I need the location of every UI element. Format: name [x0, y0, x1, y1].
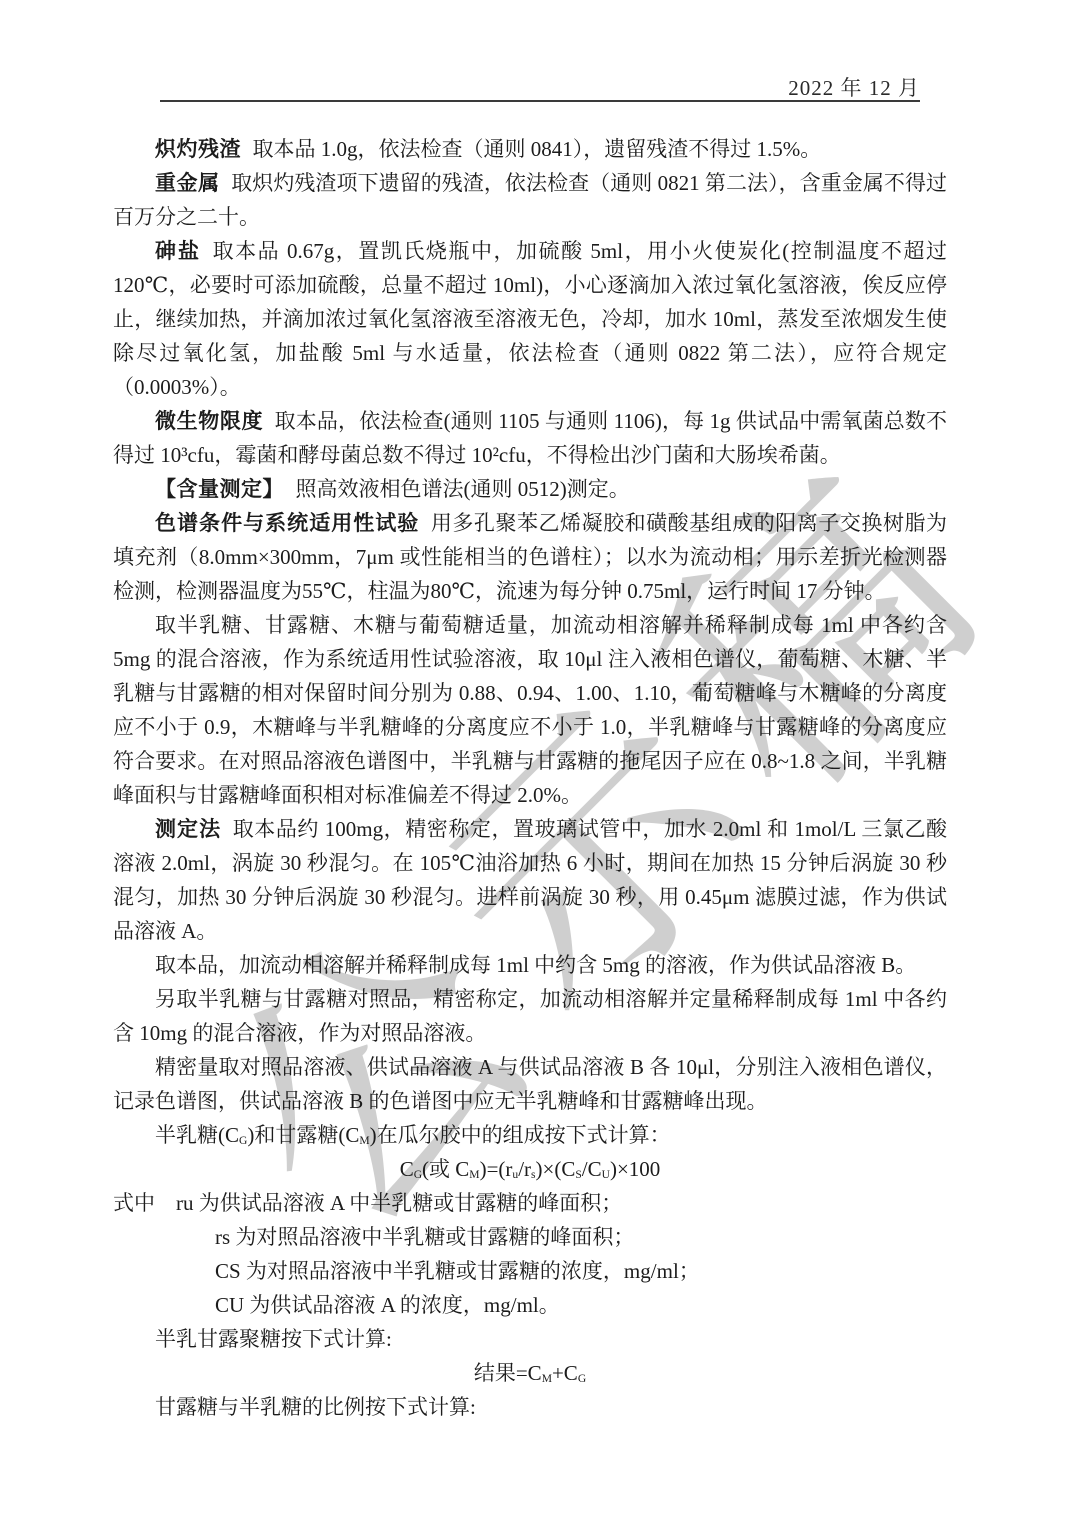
- paragraph-text: 式中 ru 为供试品溶液 A 中半乳糖或甘露糖的峰面积；: [113, 1191, 622, 1215]
- text-run: /C: [582, 1157, 602, 1181]
- text-run: 半乳糖(C: [155, 1123, 239, 1147]
- subscript: M: [359, 1135, 369, 1147]
- paragraph-text: 甘露糖与半乳糖的比例按下式计算:: [155, 1395, 476, 1419]
- paragraph: 甘露糖与半乳糖的比例按下式计算:: [113, 1390, 947, 1424]
- subscript: U: [602, 1169, 610, 1181]
- text-run: /r: [518, 1157, 531, 1181]
- paragraph: rs 为对照品溶液中半乳糖或甘露糖的峰面积；: [113, 1220, 947, 1254]
- text-run: )=(r: [480, 1157, 513, 1181]
- section-heading: 测定法: [155, 817, 221, 841]
- paragraph-text: 半乳甘露聚糖按下式计算:: [155, 1327, 392, 1351]
- section-heading: 色谱条件与系统适用性试验: [155, 511, 419, 535]
- subscript: M: [469, 1169, 479, 1181]
- paragraph: 【含量测定】照高效液相色谱法(通则 0512)测定。: [113, 472, 947, 506]
- paragraph: 炽灼残渣取本品 1.0g，依法检查（通则 0841），遗留残渣不得过 1.5%。: [113, 132, 947, 166]
- paragraph-text: 取炽灼残渣项下遗留的残渣，依法检查（通则 0821 第二法），含重金属不得过百万…: [113, 171, 947, 229]
- paragraph: 微生物限度取本品，依法检查(通则 1105 与通则 1106)，每 1g 供试品…: [113, 404, 947, 472]
- paragraph-text: 取半乳糖、甘露糖、木糖与葡萄糖适量，加流动相溶解并稀释制成每 1ml 中各约含 …: [113, 613, 947, 807]
- text-run: (或 C: [422, 1157, 469, 1181]
- section-heading: 【含量测定】: [155, 477, 284, 501]
- paragraph-text: 另取半乳糖与甘露糖对照品，精密称定，加流动相溶解并定量稀释制成每 1ml 中各约…: [113, 987, 947, 1045]
- paragraph-text: 取本品 1.0g，依法检查（通则 0841），遗留残渣不得过 1.5%。: [253, 137, 822, 161]
- paragraph: 取本品，加流动相溶解并稀释制成每 1ml 中约含 5mg 的溶液，作为供试品溶液…: [113, 948, 947, 982]
- section-heading: 炽灼残渣: [155, 137, 241, 161]
- paragraph: CU 为供试品溶液 A 的浓度，mg/ml。: [113, 1288, 947, 1322]
- paragraph: CS 为对照品溶液中半乳糖或甘露糖的浓度，mg/ml；: [113, 1254, 947, 1288]
- paragraph-text: 精密量取对照品溶液、供试品溶液 A 与供试品溶液 B 各 10μl，分别注入液相…: [113, 1055, 947, 1113]
- paragraph-text: CS 为对照品溶液中半乳糖或甘露糖的浓度，mg/ml；: [215, 1259, 700, 1283]
- header-date: 2022 年 12 月: [788, 72, 920, 102]
- paragraph: 结果=CM+CG: [113, 1356, 947, 1390]
- paragraph: 半乳甘露聚糖按下式计算:: [113, 1322, 947, 1356]
- paragraph: 重金属取炽灼残渣项下遗留的残渣，依法检查（通则 0821 第二法），含重金属不得…: [113, 166, 947, 234]
- paragraph-text: CU 为供试品溶液 A 的浓度，mg/ml。: [215, 1293, 560, 1317]
- document-body: 炽灼残渣取本品 1.0g，依法检查（通则 0841），遗留残渣不得过 1.5%。…: [113, 132, 947, 1424]
- paragraph: 式中 ru 为供试品溶液 A 中半乳糖或甘露糖的峰面积；: [113, 1186, 947, 1220]
- text-run: +C: [552, 1361, 578, 1385]
- paragraph: 测定法取本品约 100mg，精密称定，置玻璃试管中，加水 2.0ml 和 1mo…: [113, 812, 947, 948]
- header-rule: [160, 100, 920, 102]
- text-run: )和甘露糖(C: [247, 1123, 359, 1147]
- paragraph-text: 取本品 0.67g，置凯氏烧瓶中，加硫酸 5ml，用小火使炭化(控制温度不超过 …: [113, 239, 947, 399]
- paragraph: 精密量取对照品溶液、供试品溶液 A 与供试品溶液 B 各 10μl，分别注入液相…: [113, 1050, 947, 1118]
- text-run: )×100: [610, 1157, 660, 1181]
- paragraph: 取半乳糖、甘露糖、木糖与葡萄糖适量，加流动相溶解并稀释制成每 1ml 中各约含 …: [113, 608, 947, 812]
- text-run: )×(C: [536, 1157, 576, 1181]
- text-run: C: [400, 1157, 414, 1181]
- paragraph: 色谱条件与系统适用性试验用多孔聚苯乙烯凝胶和磺酸基组成的阳离子交换树脂为填充剂（…: [113, 506, 947, 608]
- paragraph: 砷盐取本品 0.67g，置凯氏烧瓶中，加硫酸 5ml，用小火使炭化(控制温度不超…: [113, 234, 947, 404]
- section-heading: 砷盐: [155, 239, 201, 263]
- section-heading: 微生物限度: [155, 409, 263, 433]
- paragraph: CG(或 CM)=(ru/rs)×(CS/CU)×100: [113, 1152, 947, 1186]
- document-page: 2022 年 12 月 公示稿 炽灼残渣取本品 1.0g，依法检查（通则 084…: [0, 0, 1080, 1527]
- paragraph-text: rs 为对照品溶液中半乳糖或甘露糖的峰面积；: [215, 1225, 634, 1249]
- paragraph: 另取半乳糖与甘露糖对照品，精密称定，加流动相溶解并定量稀释制成每 1ml 中各约…: [113, 982, 947, 1050]
- text-run: 结果=C: [474, 1361, 542, 1385]
- paragraph-text: 取本品，加流动相溶解并稀释制成每 1ml 中约含 5mg 的溶液，作为供试品溶液…: [155, 953, 916, 977]
- paragraph: 半乳糖(CG)和甘露糖(CM)在瓜尔胶中的组成按下式计算：: [113, 1118, 947, 1152]
- text-run: )在瓜尔胶中的组成按下式计算：: [370, 1123, 671, 1147]
- subscript: M: [542, 1373, 552, 1385]
- paragraph-text: 照高效液相色谱法(通则 0512)测定。: [296, 477, 630, 501]
- subscript: G: [414, 1169, 422, 1181]
- section-heading: 重金属: [155, 171, 220, 195]
- paragraph-text: 取本品约 100mg，精密称定，置玻璃试管中，加水 2.0ml 和 1mol/L…: [113, 817, 947, 943]
- subscript: G: [578, 1373, 586, 1385]
